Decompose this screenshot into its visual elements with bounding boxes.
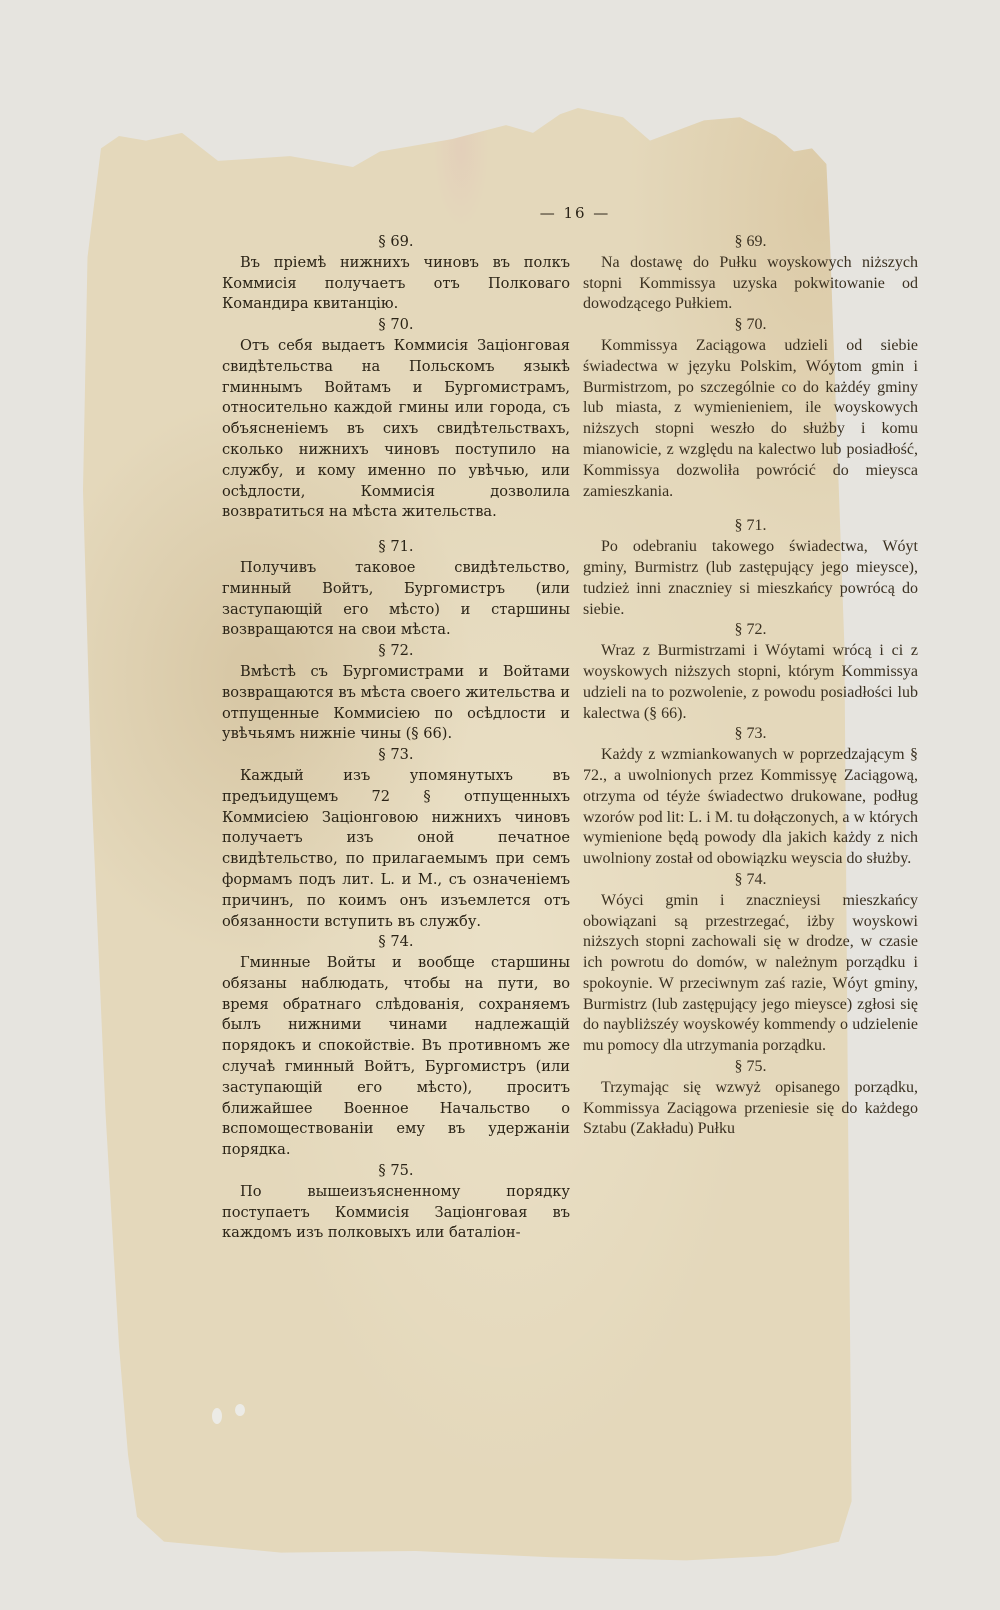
section-text: Każdy z wzmiankowanych w poprzedzającym … xyxy=(583,745,918,870)
paper-hole xyxy=(212,1408,222,1424)
section-heading: § 70. xyxy=(222,315,570,336)
section-text: Na dostawę do Pułku woyskowych niższych … xyxy=(583,253,918,315)
paper-hole xyxy=(235,1404,245,1416)
section-text: Wraz z Burmistrzami i Wóytami wrócą i ci… xyxy=(583,641,918,724)
russian-column: § 69. Въ пріемѣ нижнихъ чиновъ въ полкъ … xyxy=(222,232,570,1244)
section-heading: § 71. xyxy=(583,516,918,537)
section-heading: § 75. xyxy=(583,1057,918,1078)
section-heading: § 72. xyxy=(222,641,570,662)
section-heading: § 69. xyxy=(222,232,570,253)
section-text: Гминные Войты и вообще старшины обязаны … xyxy=(222,953,570,1161)
section-heading: § 75. xyxy=(222,1161,570,1182)
section-heading: § 69. xyxy=(583,232,918,253)
section-text: Каждый изъ упомянутыхъ въ предъидущемъ 7… xyxy=(222,766,570,932)
section-text: Получивъ таковое свидѣтельство, гминный … xyxy=(222,558,570,641)
page-number: — 16 — xyxy=(520,204,630,222)
section-heading: § 74. xyxy=(222,932,570,953)
section-text: По вышеизъясненному порядку поступаетъ К… xyxy=(222,1182,570,1244)
section-text: Отъ себя выдаетъ Коммисія Заціонговая св… xyxy=(222,336,570,523)
section-heading: § 74. xyxy=(583,870,918,891)
section-text: Wóyci gmin i znacznieysi mieszkańcy obow… xyxy=(583,891,918,1057)
section-text: Вмѣстѣ съ Бургомистрами и Войтами возвра… xyxy=(222,662,570,745)
section-heading: § 71. xyxy=(222,537,570,558)
section-heading: § 73. xyxy=(583,724,918,745)
section-heading: § 70. xyxy=(583,315,918,336)
polish-column: § 69. Na dostawę do Pułku woyskowych niż… xyxy=(583,232,918,1140)
section-heading: § 72. xyxy=(583,620,918,641)
section-text: Trzymając się wzwyż opisanego porządku, … xyxy=(583,1078,918,1140)
section-text: Po odebraniu takowego świadectwa, Wóyt g… xyxy=(583,537,918,620)
section-heading: § 73. xyxy=(222,745,570,766)
section-text: Kommissya Zaciągowa udzieli od siebie św… xyxy=(583,336,918,502)
section-text: Въ пріемѣ нижнихъ чиновъ въ полкъ Коммис… xyxy=(222,253,570,315)
